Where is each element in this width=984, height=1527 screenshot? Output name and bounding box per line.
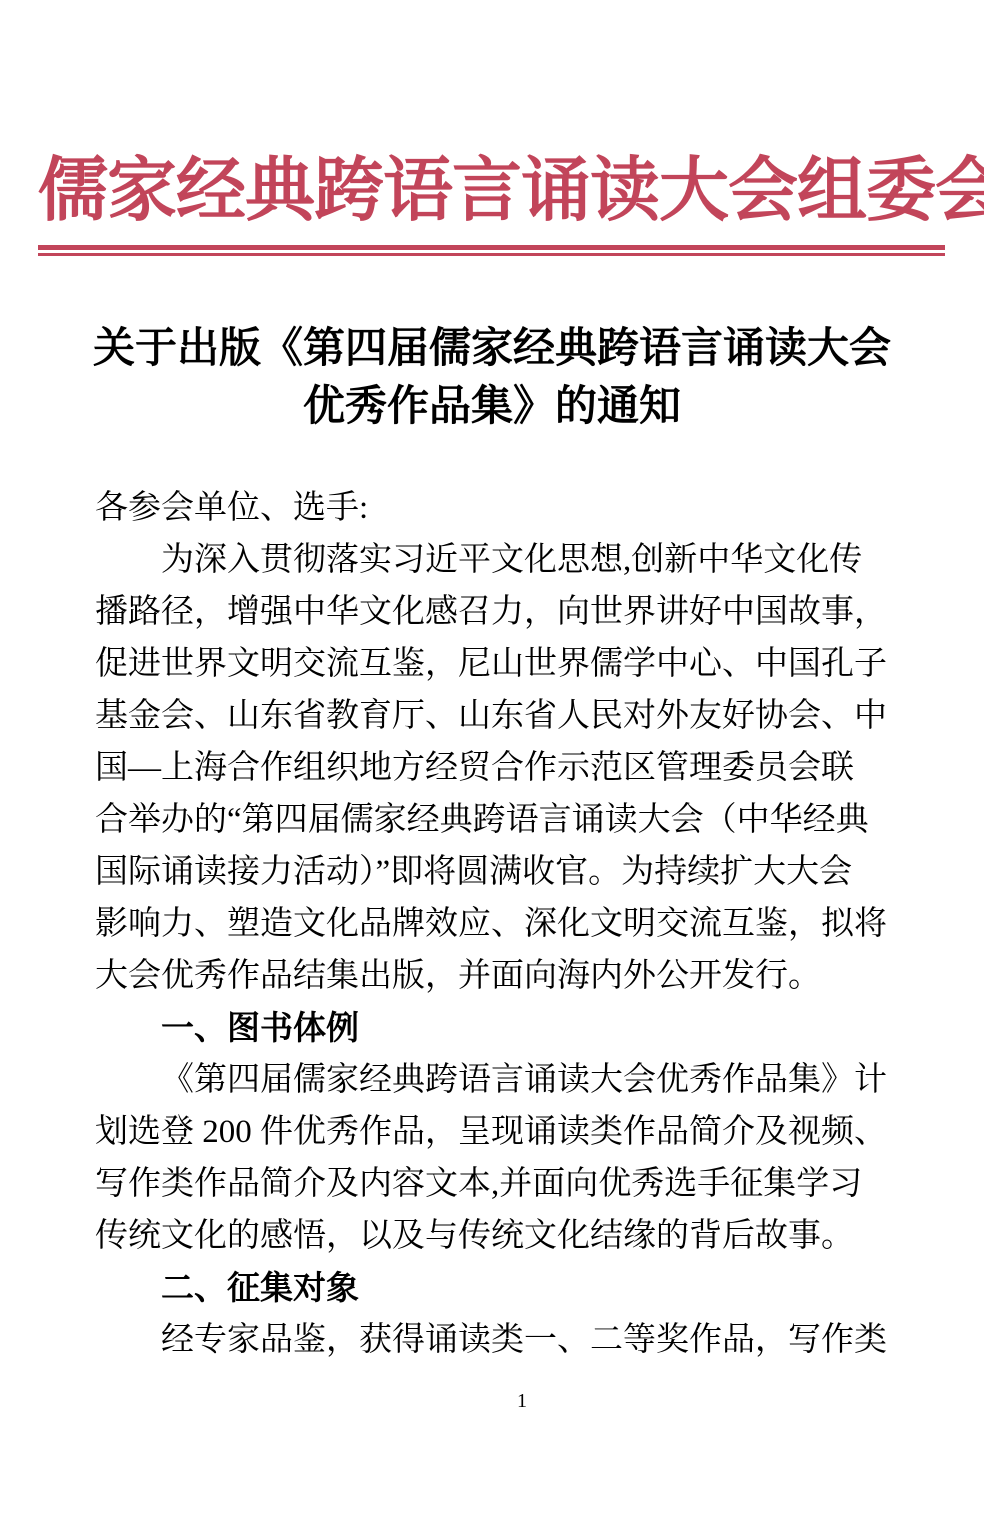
page-footer: 1 bbox=[0, 1388, 984, 1414]
text-line: 划选登 200 件优秀作品，呈现诵读类作品简介及视频、 bbox=[95, 1106, 887, 1158]
letterhead-org-title: 儒家经典跨语言诵读大会组委会 bbox=[38, 146, 946, 238]
document-title-line-1: 关于出版《第四届儒家经典跨语言诵读大会 bbox=[60, 320, 924, 378]
text-line: 大会优秀作品结集出版，并面向海内外公开发行。 bbox=[95, 950, 887, 1002]
section-heading-2: 二、征集对象 bbox=[95, 1262, 887, 1314]
text-line: 《第四届儒家经典跨语言诵读大会优秀作品集》计 bbox=[95, 1054, 887, 1106]
document-page: 儒家经典跨语言诵读大会组委会 关于出版《第四届儒家经典跨语言诵读大会 优秀作品集… bbox=[0, 0, 984, 1527]
salutation: 各参会单位、选手: bbox=[95, 482, 887, 534]
text-line: 播路径，增强中华文化感召力，向世界讲好中国故事， bbox=[95, 586, 887, 638]
section-heading-1: 一、图书体例 bbox=[95, 1002, 887, 1054]
text-line: 合举办的“第四届儒家经典跨语言诵读大会（中华经典 bbox=[95, 794, 887, 846]
separator-line-thick bbox=[38, 245, 945, 250]
letterhead-separator bbox=[38, 245, 945, 256]
text-line: 为深入贯彻落实习近平文化思想,创新中华文化传 bbox=[95, 534, 887, 586]
separator-line-thin bbox=[38, 253, 945, 256]
text-line: 传统文化的感悟，以及与传统文化结缘的背后故事。 bbox=[95, 1210, 887, 1262]
text-line: 国—上海合作组织地方经贸合作示范区管理委员会联 bbox=[95, 742, 887, 794]
document-body: 各参会单位、选手: 为深入贯彻落实习近平文化思想,创新中华文化传 播路径，增强中… bbox=[95, 482, 887, 1366]
page-number: 1 bbox=[517, 1390, 527, 1412]
text-line: 经专家品鉴，获得诵读类一、二等奖作品，写作类 bbox=[95, 1314, 887, 1366]
text-line: 写作类作品简介及内容文本,并面向优秀选手征集学习 bbox=[95, 1158, 887, 1210]
document-title-line-2: 优秀作品集》的通知 bbox=[60, 378, 924, 436]
document-title: 关于出版《第四届儒家经典跨语言诵读大会 优秀作品集》的通知 bbox=[60, 320, 924, 436]
text-line: 基金会、山东省教育厅、山东省人民对外友好协会、中 bbox=[95, 690, 887, 742]
text-line: 促进世界文明交流互鉴，尼山世界儒学中心、中国孔子 bbox=[95, 638, 887, 690]
text-line: 国际诵读接力活动）”即将圆满收官。为持续扩大大会 bbox=[95, 846, 887, 898]
text-line: 影响力、塑造文化品牌效应、深化文明交流互鉴，拟将 bbox=[95, 898, 887, 950]
